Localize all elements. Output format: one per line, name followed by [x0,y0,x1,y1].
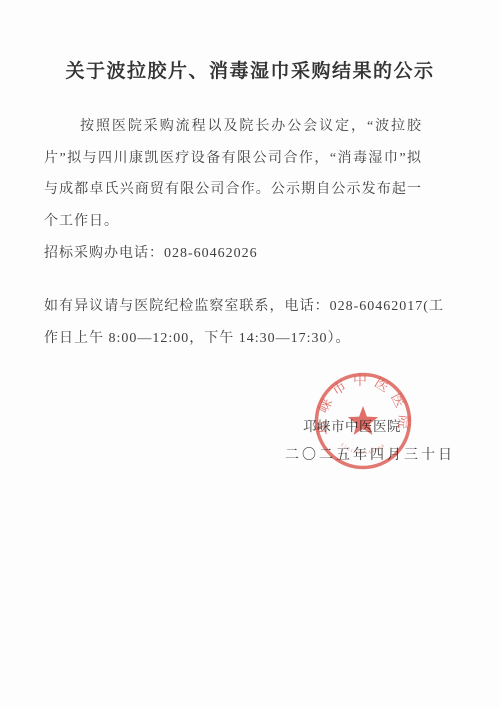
issue-date: 二〇二五年四月三十日 [285,444,455,464]
body-paragraph-2: 如有异议请与医院纪检监察室联系，电话：028-60462017(工作日上午 8:… [44,291,444,354]
document-page: 关于波拉胶片、消毒湿巾采购结果的公示 按照医院采购流程以及院长办公会议定，“波拉… [0,0,500,707]
phone-line: 招标采购办电话：028-60462026 [44,238,456,270]
document-title: 关于波拉胶片、消毒湿巾采购结果的公示 [0,56,500,83]
issuer-name: 邛崃市中医医院 [303,415,401,435]
body-paragraph-1: 按照医院采购流程以及院长办公会议定，“波拉胶片”拟与四川康凯医疗设备有限公司合作… [44,111,422,237]
